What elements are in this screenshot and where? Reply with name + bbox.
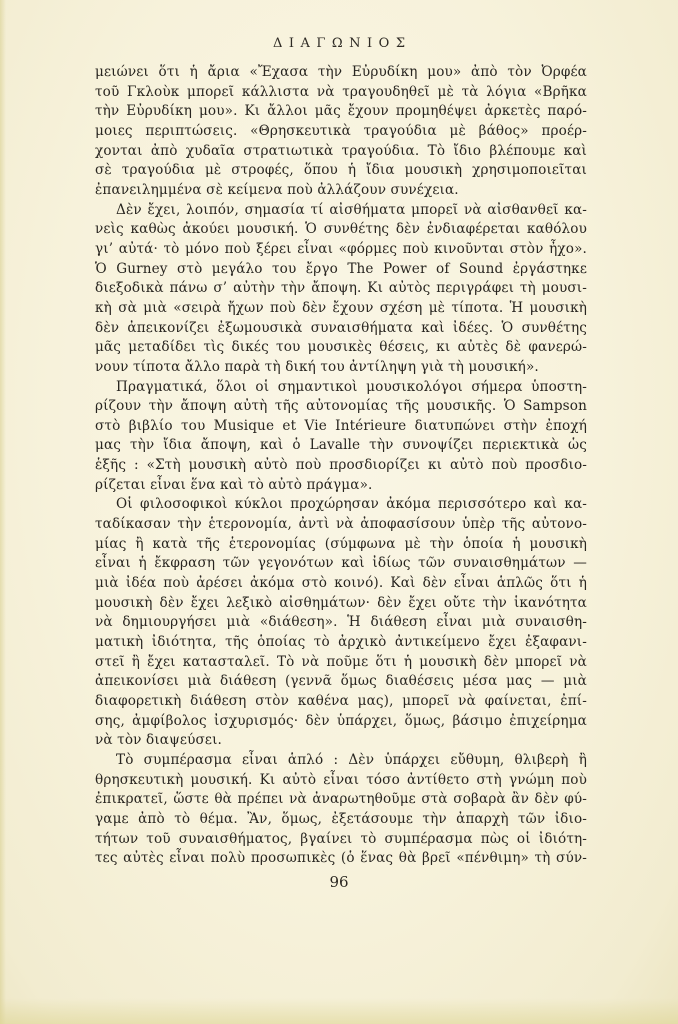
text-line: ἐπανειλημμένα σὲ κείμενα ποὺ ἀλλάζουν συ…	[95, 181, 587, 201]
text-line: νὰ τὸν διαψεύσει.	[95, 731, 587, 751]
text-line: τες αὐτὲς εἶναι πολὺ προσωπικὲς (ὁ ἕνας …	[95, 849, 587, 869]
text-line: στὸ βιβλίο του Musique et Vie Intérieure…	[95, 417, 587, 437]
text-line: ἑξῆς : «Στὴ μουσικὴ αὐτὸ ποὺ προσδιορίζε…	[95, 456, 587, 476]
paragraph: Οἱ φιλοσοφικοὶ κύκλοι προχώρησαν ἀκόμα π…	[95, 495, 587, 751]
text-line: χονται ἀπὸ χυδαῖα στρατιωτικὰ τραγούδια.…	[95, 142, 587, 162]
text-line: στεῖ ἢ ἔχει κατασταλεῖ. Τὸ νὰ ποῦμε ὅτι …	[95, 653, 587, 673]
paragraph: Δὲν ἔχει, λοιπόν, σημασία τί αἰσθήματα μ…	[95, 201, 587, 378]
text-line: τὴν Εὐρυδίκη μου». Κι ἄλλοι μᾶς ἔχουν πρ…	[95, 102, 587, 122]
text-line: ρίζουν τὴν ἄποψη αὐτὴ τῆς αὐτονομίας τῆς…	[95, 397, 587, 417]
text-line: κὴ σὰ μιὰ «σειρὰ ἤχων ποὺ δὲν ἔχουν σχέσ…	[95, 299, 587, 319]
running-head: ΔΙΑΓΩΝΙΟΣ	[93, 36, 585, 51]
text-line: Τὸ συμπέρασμα εἶναι ἁπλό : Δὲν ὑπάρχει ε…	[95, 751, 587, 771]
book-page: ΔΙΑΓΩΝΙΟΣ μειώνει ὅτι ἡ ἄρια «Ἔχασα τὴν …	[0, 0, 678, 1024]
text-line: μοιες περιπτώσεις. «Θρησκευτικὰ τραγούδι…	[95, 122, 587, 142]
paragraph: μειώνει ὅτι ἡ ἄρια «Ἔχασα τὴν Εὐρυδίκη μ…	[95, 63, 587, 201]
text-line: Δὲν ἔχει, λοιπόν, σημασία τί αἰσθήματα μ…	[95, 201, 587, 221]
text-line: μίας ἢ κατὰ τῆς ἑτερονομίας (σύμφωνα μὲ …	[95, 535, 587, 555]
text-line: διαφορετικὴ διάθεση στὸν καθένα μας), μπ…	[95, 692, 587, 712]
text-line: γι’ αὐτά· τὸ μόνο ποὺ ξέρει εἶναι «φόρμε…	[95, 240, 587, 260]
text-line: νὰ δημιουργήσει μιὰ «διάθεση». Ἡ διάθεση…	[95, 613, 587, 633]
text-line: διεξοδικὰ πάνω σ’ αὐτὴν τὴν ἄποψη. Κι αὐ…	[95, 279, 587, 299]
text-line: νεὶς καθὼς ἀκούει μουσική. Ὁ συνθέτης δὲ…	[95, 220, 587, 240]
text-line: δὲν ἀπεικονίζει ἐξωμουσικὰ συναισθήματα …	[95, 319, 587, 339]
text-line: νουν τίποτα ἄλλο παρὰ τὴ δική του ἀντίλη…	[95, 358, 587, 378]
text-line: εἶναι ἡ ἔκφραση τῶν γεγονότων καὶ ἰδίως …	[95, 554, 587, 574]
text-line: μᾶς μεταδίδει τὶς δικές του μουσικὲς θέσ…	[95, 338, 587, 358]
text-line: μας τὴν ἴδια ἄποψη, καὶ ὁ Lavalle τὴν συ…	[95, 436, 587, 456]
text-line: τοῦ Γκλοὺκ μπορεῖ κάλλιστα νὰ τραγουδηθε…	[95, 83, 587, 103]
text-line: σὲ τραγούδια μὲ στροφές, ὅπου ἡ ἴδια μου…	[95, 161, 587, 181]
text-line: σης, ἀμφίβολος ἰσχυρισμός· δὲν ὑπάρχει, …	[95, 712, 587, 732]
page-number: 96	[93, 873, 585, 891]
text-line: γαμε ἀπὸ τὸ θέμα. Ἂν, ὅμως, ἐξετάσουμε τ…	[95, 810, 587, 830]
body-text: μειώνει ὅτι ἡ ἄρια «Ἔχασα τὴν Εὐρυδίκη μ…	[95, 63, 587, 869]
paragraph: Πραγματικά, ὅλοι οἱ σημαντικοὶ μουσικολό…	[95, 378, 587, 496]
text-line: ἀπεικονίσει μιὰ διάθεση (γεννᾶ ὅμως διαθ…	[95, 672, 587, 692]
text-line: μειώνει ὅτι ἡ ἄρια «Ἔχασα τὴν Εὐρυδίκη μ…	[95, 63, 587, 83]
text-line: ματικὴ ἰδιότητα, τῆς ὁποίας τὸ ἀρχικὸ ἀν…	[95, 633, 587, 653]
text-line: ἐπικρατεῖ, ὥστε θὰ πρέπει νὰ ἀναρωτηθοῦμ…	[95, 790, 587, 810]
text-line: μουσικὴ δὲν ἔχει λεξικὸ αἰσθημάτων· δὲν …	[95, 594, 587, 614]
text-line: θρησκευτικὴ μουσική. Κι αὐτὸ εἶναι τόσο …	[95, 771, 587, 791]
text-line: Οἱ φιλοσοφικοὶ κύκλοι προχώρησαν ἀκόμα π…	[95, 495, 587, 515]
text-line: ταδίκασαν τὴν ἑτερονομία, ἀντὶ νὰ ἀποφασ…	[95, 515, 587, 535]
paragraph: Τὸ συμπέρασμα εἶναι ἁπλό : Δὲν ὑπάρχει ε…	[95, 751, 587, 869]
text-line: Ὁ Gurney στὸ μεγάλο του ἔργο The Power o…	[95, 260, 587, 280]
text-line: ρίζεται εἶναι ἕνα καὶ τὸ αὐτὸ πράγμα».	[95, 476, 587, 496]
text-line: Πραγματικά, ὅλοι οἱ σημαντικοὶ μουσικολό…	[95, 378, 587, 398]
text-line: μιὰ ἰδέα ποὺ ἀρέσει ἀκόμα στὸ κοινό). Κα…	[95, 574, 587, 594]
text-line: τήτων τοῦ συναισθήματος, βγαίνει τὸ συμπ…	[95, 830, 587, 850]
